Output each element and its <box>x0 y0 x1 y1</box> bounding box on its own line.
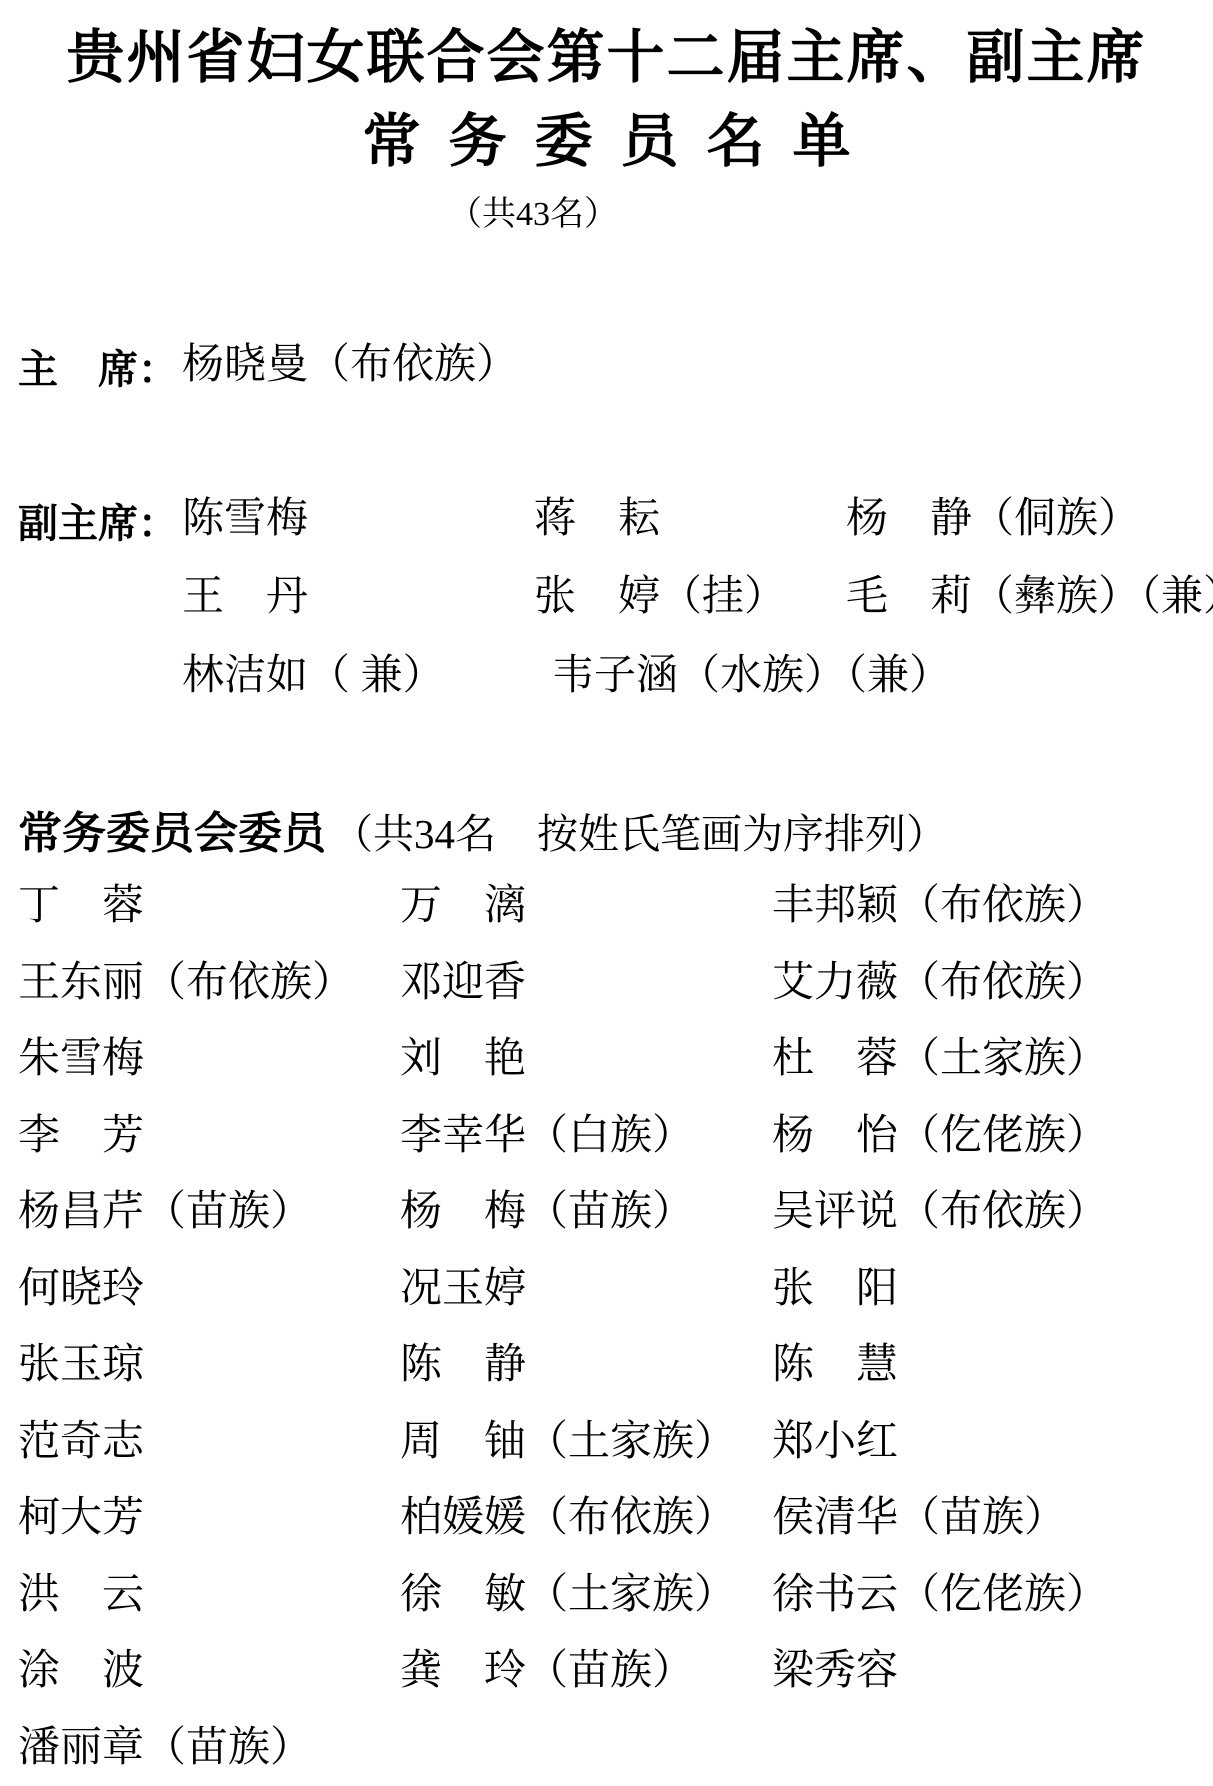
committee-member-name: 杨 怡（仡佬族） <box>772 1111 1108 1161</box>
vice-chairman-name: 杨 静（侗族） <box>846 494 1140 544</box>
vice-chairman-name: 韦子涵（水族）（兼） <box>552 651 951 701</box>
vice-chairman-name: 陈雪梅 <box>182 494 308 544</box>
document-title-line1: 贵州省妇女联合会第十二届主席、副主席 <box>0 10 1213 94</box>
committee-member-name: 徐书云（仡佬族） <box>772 1570 1108 1620</box>
committee-row: 李 芳 李幸华（白族） 杨 怡（仡佬族） <box>0 1109 1213 1167</box>
vice-chairmen-row: 王 丹 张 婷（挂） 毛 莉（彝族）（兼） <box>0 570 1213 628</box>
committee-member-name: 徐 敏（土家族） <box>400 1570 736 1620</box>
committee-member-name: 潘丽章（苗族） <box>18 1723 312 1773</box>
committee-heading-row: 常务委员会委员 （共34名 按姓氏笔画为序排列） <box>0 797 1213 855</box>
vice-chairman-name: 王 丹 <box>182 572 308 622</box>
committee-member-name: 艾力薇（布依族） <box>772 958 1108 1008</box>
committee-member-name: 杨昌芹（苗族） <box>18 1187 312 1237</box>
committee-member-name: 洪 云 <box>18 1570 144 1620</box>
committee-member-name: 丁 蓉 <box>18 881 144 931</box>
committee-member-name: 周 铀（土家族） <box>400 1417 736 1467</box>
chairman-name: 杨晓曼（布依族） <box>182 340 518 390</box>
vice-chairman-name: 张 婷（挂） <box>534 572 786 622</box>
committee-row: 王东丽（布依族） 邓迎香 艾力薇（布依族） <box>0 956 1213 1014</box>
committee-member-name: 吴评说（布依族） <box>772 1187 1108 1237</box>
committee-heading-note: （共34名 按姓氏笔画为序排列） <box>332 801 947 860</box>
committee-member-name: 范奇志 <box>18 1417 144 1467</box>
vice-chairmen-row: 林洁如（ 兼） 韦子涵（水族）（兼） <box>0 649 1213 707</box>
committee-member-name: 柏媛媛（布依族） <box>400 1493 736 1543</box>
vice-chairman-name: 林洁如（ 兼） <box>182 651 445 701</box>
committee-row: 涂 波 龚 玲（苗族） 梁秀容 <box>0 1644 1213 1702</box>
committee-member-name: 李幸华（白族） <box>400 1111 694 1161</box>
vice-chairmen-row: 副主席： 陈雪梅 蒋 耘 杨 静（侗族） <box>0 492 1213 550</box>
committee-row: 杨昌芹（苗族） 杨 梅（苗族） 吴评说（布依族） <box>0 1185 1213 1243</box>
committee-member-name: 丰邦颖（布依族） <box>772 881 1108 931</box>
committee-member-name: 张玉琼 <box>18 1340 144 1390</box>
committee-member-name: 梁秀容 <box>772 1646 898 1696</box>
committee-row: 范奇志 周 铀（土家族） 郑小红 <box>0 1415 1213 1473</box>
committee-row: 张玉琼 陈 静 陈 慧 <box>0 1338 1213 1396</box>
chairman-row: 主 席： 杨晓曼（布依族） <box>0 338 1213 396</box>
chairman-label: 主 席： <box>18 338 178 395</box>
committee-member-name: 朱雪梅 <box>18 1034 144 1084</box>
committee-member-name: 侯清华（苗族） <box>772 1493 1066 1543</box>
committee-member-name: 何晓玲 <box>18 1264 144 1314</box>
committee-row: 丁 蓉 万 漓 丰邦颖（布依族） <box>0 879 1213 937</box>
committee-member-name: 李 芳 <box>18 1111 144 1161</box>
document-page: 贵州省妇女联合会第十二届主席、副主席 常务委员名单 （共43名） 主 席： 杨晓… <box>0 0 1213 1786</box>
vice-chairmen-label: 副主席： <box>18 492 178 549</box>
vice-chairman-name: 蒋 耘 <box>534 494 660 544</box>
committee-member-name: 柯大芳 <box>18 1493 144 1543</box>
document-title-line2: 常务委员名单 <box>0 94 1213 178</box>
committee-member-name: 刘 艳 <box>400 1034 526 1084</box>
committee-heading-label: 常务委员会委员 <box>18 797 326 861</box>
committee-member-name: 涂 波 <box>18 1646 144 1696</box>
committee-row: 何晓玲 况玉婷 张 阳 <box>0 1262 1213 1320</box>
committee-row: 洪 云 徐 敏（土家族） 徐书云（仡佬族） <box>0 1568 1213 1626</box>
committee-row: 柯大芳 柏媛媛（布依族） 侯清华（苗族） <box>0 1491 1213 1549</box>
vice-chairman-name: 毛 莉（彝族）（兼） <box>846 572 1213 622</box>
committee-row: 潘丽章（苗族） <box>0 1721 1213 1779</box>
committee-member-name: 陈 慧 <box>772 1340 898 1390</box>
committee-member-name: 张 阳 <box>772 1264 898 1314</box>
committee-member-name: 陈 静 <box>400 1340 526 1390</box>
committee-member-name: 龚 玲（苗族） <box>400 1646 694 1696</box>
committee-member-name: 郑小红 <box>772 1417 898 1467</box>
committee-member-name: 况玉婷 <box>400 1264 526 1314</box>
committee-member-name: 杨 梅（苗族） <box>400 1187 694 1237</box>
committee-member-name: 万 漓 <box>400 881 526 931</box>
committee-member-name: 杜 蓉（土家族） <box>772 1034 1108 1084</box>
committee-row: 朱雪梅 刘 艳 杜 蓉（土家族） <box>0 1032 1213 1090</box>
total-count-note: （共43名） <box>448 186 618 235</box>
committee-member-name: 邓迎香 <box>400 958 526 1008</box>
committee-member-name: 王东丽（布依族） <box>18 958 354 1008</box>
